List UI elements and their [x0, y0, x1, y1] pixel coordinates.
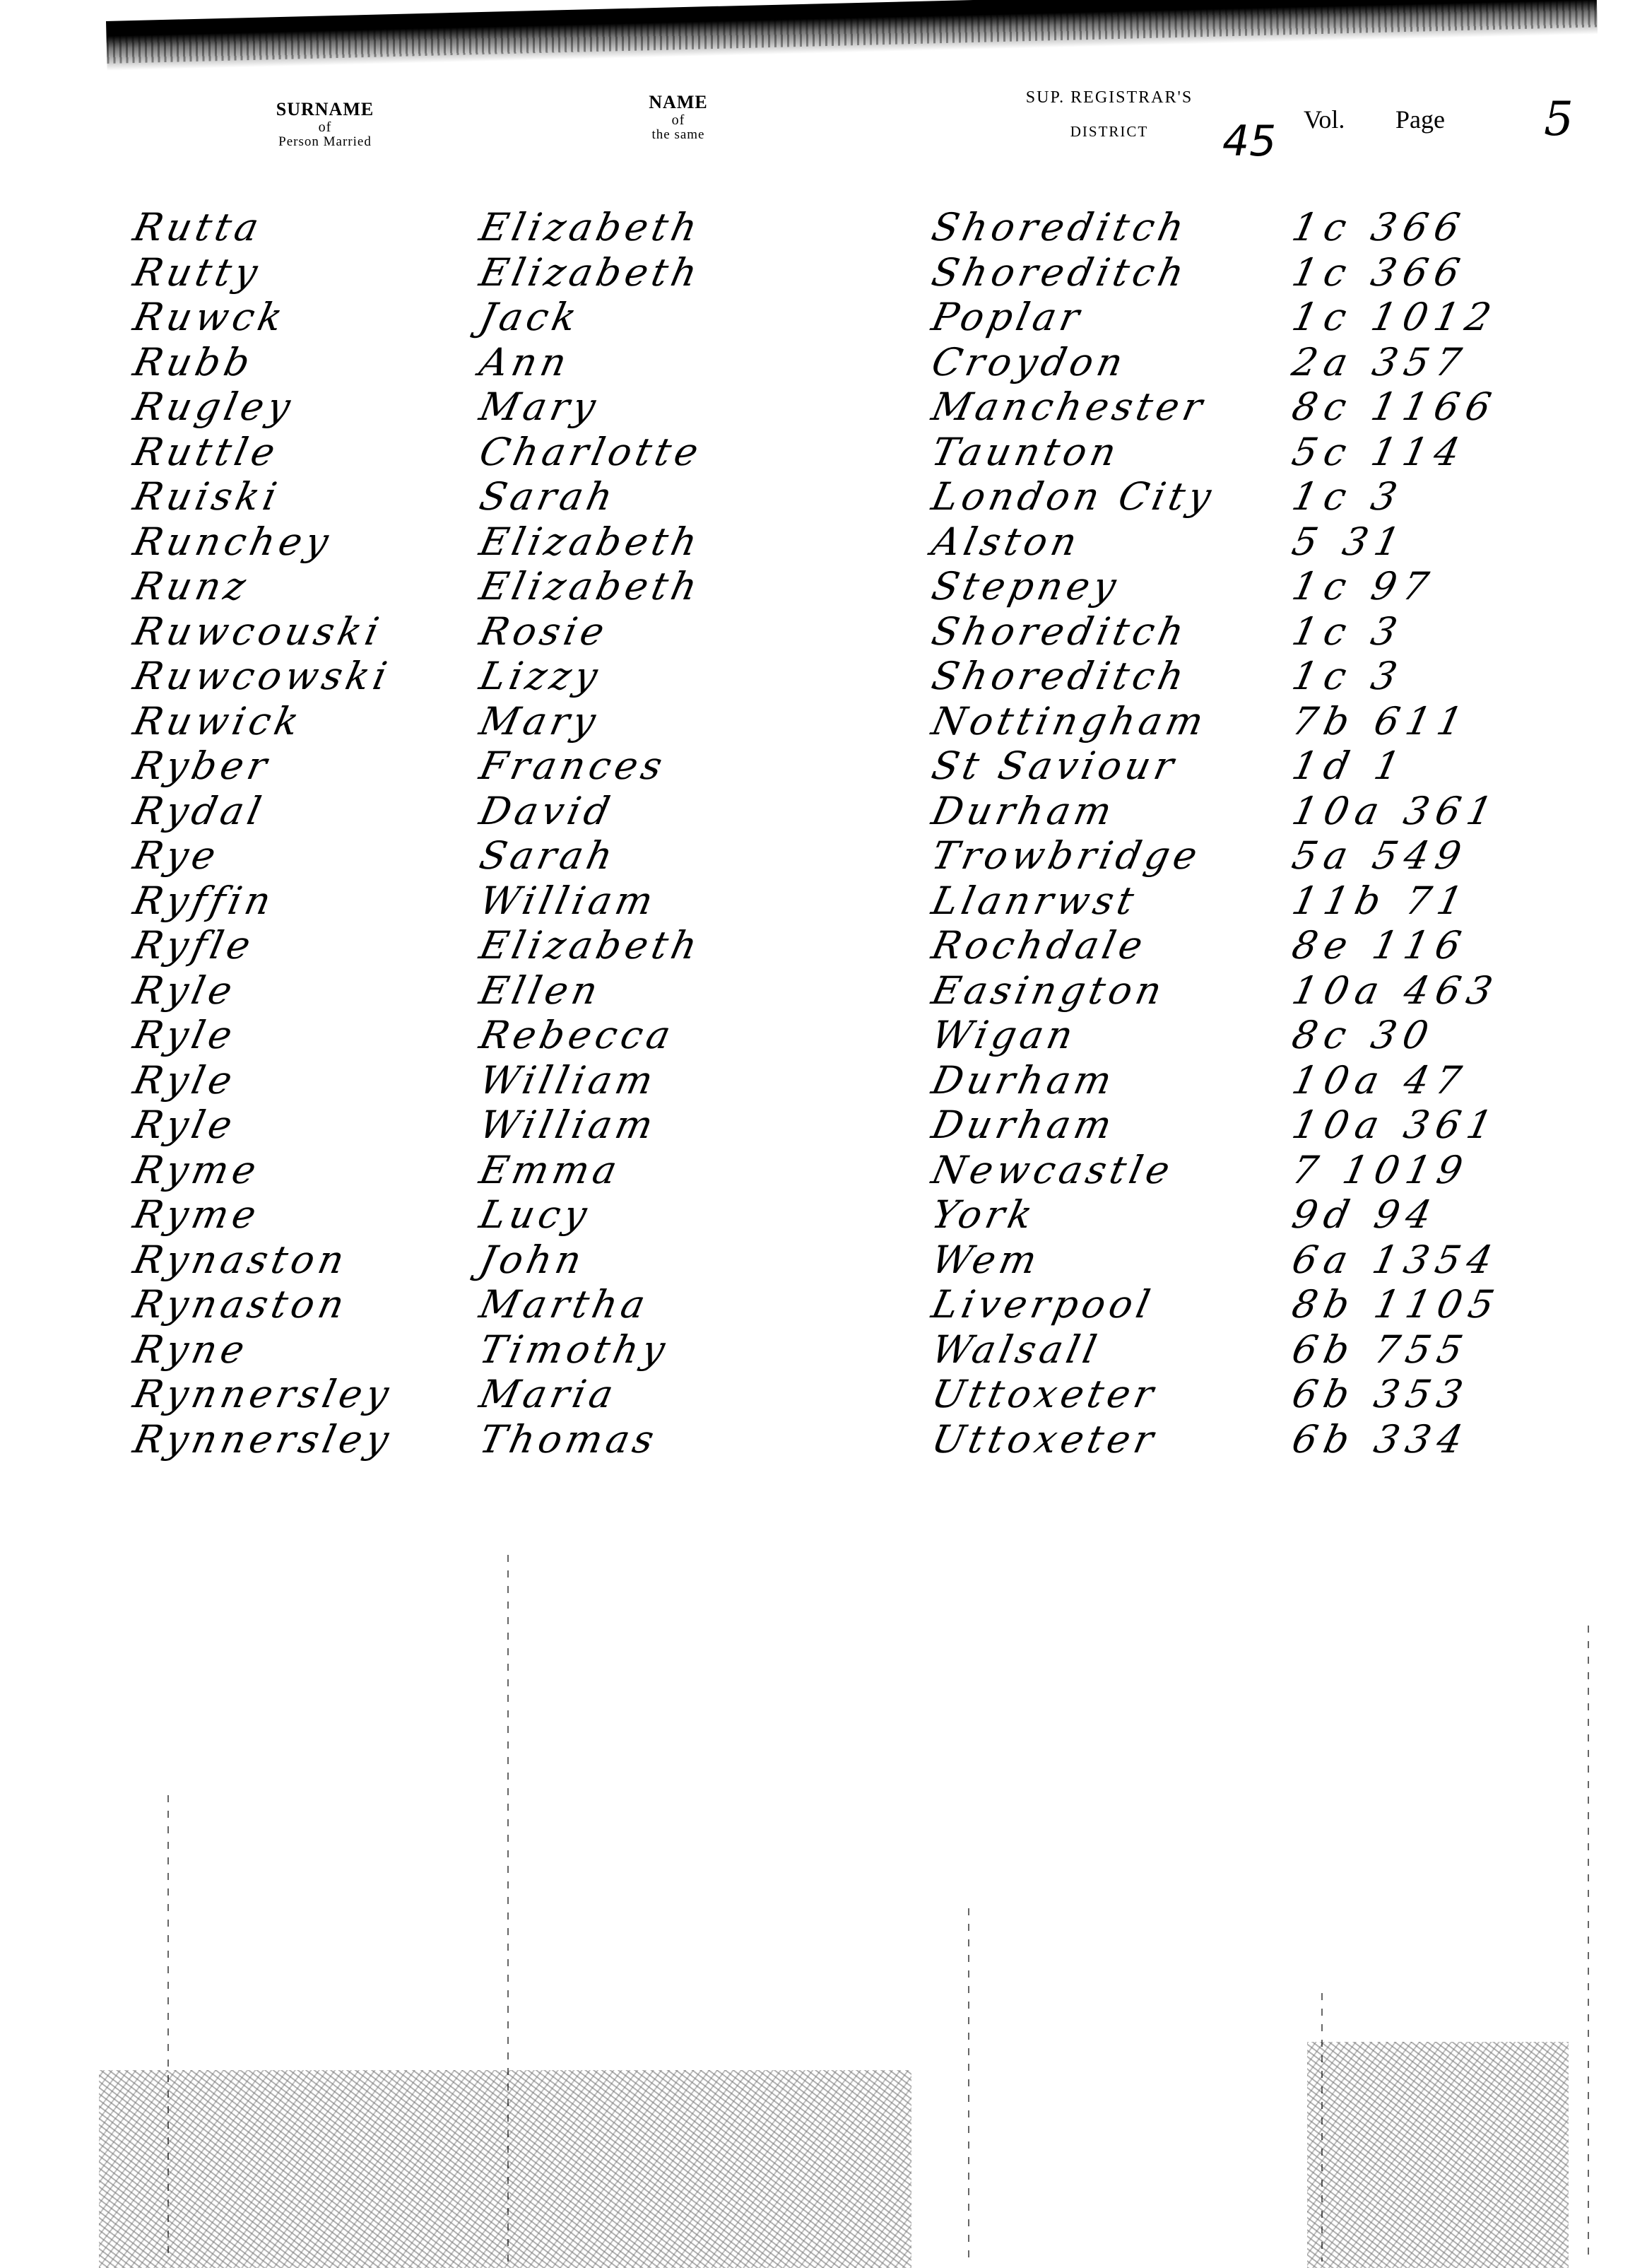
district-cell: Shoreditch: [928, 250, 1192, 295]
table-row: RynastonJohnWem6a 1354: [0, 1238, 1647, 1281]
column-rule: [1588, 1626, 1589, 2262]
surname-cell: Rutty: [129, 250, 266, 295]
register-page: SURNAME of Person Married NAME of the sa…: [0, 0, 1647, 2268]
scan-noise: [99, 2070, 911, 2268]
district-cell: Liverpool: [928, 1282, 1158, 1327]
surname-cell: Rydal: [129, 789, 269, 833]
surname-cell: Runz: [129, 564, 254, 609]
given-name-cell: Sarah: [476, 833, 620, 878]
given-name-cell: Rebecca: [476, 1013, 678, 1057]
surname-cell: Ryffin: [129, 879, 279, 923]
vol-page-cell: 8c 30: [1288, 1013, 1439, 1057]
surname-cell: Ryle: [129, 1058, 240, 1103]
vol-page-cell: 9d 94: [1288, 1192, 1442, 1237]
vol-page-cell: 1c 366: [1288, 205, 1470, 249]
given-name-cell: Elizabeth: [476, 923, 705, 968]
surname-cell: Rynaston: [129, 1238, 352, 1282]
district-cell: Shoreditch: [928, 205, 1192, 249]
surname-cell: Rubb: [129, 340, 258, 384]
given-name-cell: Jack: [476, 295, 584, 339]
surname-cell: Rynaston: [129, 1282, 352, 1327]
table-row: RyleRebeccaWigan8c 30: [0, 1013, 1647, 1057]
vol-page-cell: 1c 3: [1288, 609, 1408, 654]
vol-page-cell: 8e 116: [1288, 923, 1472, 968]
given-name-cell: Sarah: [476, 474, 620, 519]
vol-page-cell: 7b 611: [1288, 699, 1474, 744]
given-name-cell: Rosie: [476, 609, 613, 654]
given-name-cell: Ellen: [476, 968, 606, 1013]
surname-cell: Ryne: [129, 1327, 252, 1372]
given-name-cell: Elizabeth: [476, 519, 705, 564]
table-row: RuncheyElizabethAlston5 31: [0, 519, 1647, 563]
vol-page-cell: 2a 357: [1288, 340, 1472, 384]
vol-page-cell: 1c 1012: [1288, 295, 1502, 339]
given-name-cell: Elizabeth: [476, 564, 705, 609]
table-row: RyneTimothyWalsall6b 755: [0, 1327, 1647, 1371]
district-cell: Trowbridge: [928, 833, 1205, 878]
vol-page-cell: 1c 3: [1288, 654, 1408, 698]
vol-page-cell: 1d 1: [1288, 744, 1411, 788]
given-name-cell: David: [476, 789, 618, 833]
surname-cell: Rugley: [129, 384, 298, 429]
district-cell: York: [928, 1192, 1040, 1237]
surname-cell: Ryme: [129, 1192, 264, 1237]
district-cell: Wem: [928, 1238, 1045, 1282]
header-vol: Vol.: [1304, 105, 1345, 134]
header-page: Page: [1395, 105, 1445, 134]
surname-cell: Ryfle: [129, 923, 259, 968]
table-row: RynnersleyThomasUttoxeter6b 334: [0, 1417, 1647, 1461]
district-cell: Rochdale: [928, 923, 1151, 968]
district-cell: Shoreditch: [928, 609, 1192, 654]
surname-cell: Ruwcowski: [129, 654, 395, 698]
surname-cell: Rye: [129, 833, 224, 878]
district-cell: Alston: [928, 519, 1085, 564]
vol-page-cell: 8b 1105: [1288, 1282, 1505, 1327]
surname-cell: Ryme: [129, 1148, 264, 1192]
surname-cell: Rutta: [129, 205, 266, 249]
table-row: RynastonMarthaLiverpool8b 1105: [0, 1282, 1647, 1326]
given-name-cell: William: [476, 1103, 661, 1147]
header-district: SUP. REGISTRAR'S DISTRICT: [989, 88, 1229, 141]
given-name-cell: Charlotte: [476, 430, 707, 474]
surname-cell: Ryber: [129, 744, 275, 788]
district-cell: Shoreditch: [928, 654, 1192, 698]
district-cell: Uttoxeter: [928, 1372, 1162, 1416]
district-cell: Poplar: [928, 295, 1087, 339]
vol-page-cell: 10a 361: [1288, 1103, 1504, 1147]
surname-cell: Ryle: [129, 968, 240, 1013]
table-row: RyleWilliamDurham10a 47: [0, 1058, 1647, 1102]
table-row: RuttyElizabethShoreditch1c 366: [0, 250, 1647, 294]
header-name: NAME of the same: [594, 92, 763, 143]
surname-cell: Ruttle: [129, 430, 283, 474]
table-row: RyeSarahTrowbridge5a 549: [0, 833, 1647, 877]
column-rule: [968, 1908, 969, 2262]
vol-page-cell: 10a 463: [1288, 968, 1504, 1013]
vol-page-cell: 1c 3: [1288, 474, 1408, 519]
table-row: RuttleCharlotteTaunton5c 114: [0, 430, 1647, 474]
table-row: RuttaElizabethShoreditch1c 366: [0, 205, 1647, 249]
vol-page-cell: 10a 361: [1288, 789, 1504, 833]
table-row: RynnersleyMariaUttoxeter6b 353: [0, 1372, 1647, 1416]
table-row: RunzElizabethStepney1c 97: [0, 564, 1647, 608]
table-row: RuwcowskiLizzyShoreditch1c 3: [0, 654, 1647, 698]
given-name-cell: Ann: [476, 340, 574, 384]
surname-cell: Ryle: [129, 1013, 240, 1057]
table-row: RyffinWilliamLlanrwst11b 71: [0, 879, 1647, 922]
given-name-cell: Timothy: [476, 1327, 673, 1372]
given-name-cell: Thomas: [476, 1417, 662, 1462]
district-cell: Uttoxeter: [928, 1417, 1162, 1462]
header-surname-of: of: [212, 120, 438, 134]
district-cell: Nottingham: [928, 699, 1211, 744]
given-name-cell: Emma: [476, 1148, 625, 1192]
given-name-cell: William: [476, 879, 661, 923]
surname-cell: Ruwcouski: [129, 609, 386, 654]
district-cell: Walsall: [928, 1327, 1104, 1372]
district-cell: Stepney: [928, 564, 1124, 609]
header-district-title: SUP. REGISTRAR'S: [989, 88, 1229, 107]
district-cell: Llanrwst: [928, 879, 1142, 923]
given-name-cell: Lizzy: [476, 654, 606, 698]
vol-page-cell: 1c 366: [1288, 250, 1470, 295]
table-row: RubbAnnCroydon2a 357: [0, 340, 1647, 384]
table-row: RyfleElizabethRochdale8e 116: [0, 923, 1647, 967]
vol-page-cell: 5 31: [1288, 519, 1411, 564]
district-cell: Durham: [928, 789, 1119, 833]
table-row: RyberFrancesSt Saviour1d 1: [0, 744, 1647, 787]
given-name-cell: Elizabeth: [476, 250, 705, 295]
header-surname: SURNAME of Person Married: [212, 99, 438, 150]
surname-cell: Rynnersley: [129, 1372, 396, 1416]
table-row: RuwcouskiRosieShoreditch1c 3: [0, 609, 1647, 653]
table-row: RymeEmmaNewcastle7 1019: [0, 1148, 1647, 1192]
given-name-cell: Elizabeth: [476, 205, 705, 249]
surname-cell: Ruwck: [129, 295, 290, 339]
table-row: RuwickMaryNottingham7b 611: [0, 699, 1647, 743]
given-name-cell: Mary: [476, 384, 603, 429]
district-cell: Taunton: [928, 430, 1124, 474]
given-name-cell: William: [476, 1058, 661, 1103]
table-row: RyleWilliamDurham10a 361: [0, 1103, 1647, 1146]
given-name-cell: Lucy: [476, 1192, 595, 1237]
table-row: RugleyMaryManchester8c 1166: [0, 384, 1647, 428]
district-cell: Manchester: [928, 384, 1210, 429]
given-name-cell: Martha: [476, 1282, 653, 1327]
district-cell: Easington: [928, 968, 1169, 1013]
district-cell: London City: [928, 474, 1219, 519]
district-cell: Wigan: [928, 1013, 1081, 1057]
given-name-cell: Maria: [476, 1372, 621, 1416]
vol-page-cell: 5a 549: [1288, 833, 1472, 878]
vol-page-cell: 6a 1354: [1288, 1238, 1504, 1282]
vol-page-cell: 6b 353: [1288, 1372, 1474, 1416]
district-cell: St Saviour: [928, 744, 1181, 788]
vol-page-cell: 6b 755: [1288, 1327, 1474, 1372]
header-surname-title: SURNAME: [212, 99, 438, 120]
vol-page-cell: 6b 334: [1288, 1417, 1474, 1462]
vol-page-cell: 8c 1166: [1288, 384, 1502, 429]
vol-page-cell: 5c 114: [1288, 430, 1470, 474]
district-cell: Newcastle: [928, 1148, 1178, 1192]
given-name-cell: John: [476, 1238, 589, 1282]
surname-cell: Runchey: [129, 519, 336, 564]
vol-page-cell: 10a 47: [1288, 1058, 1472, 1103]
surname-cell: Ruwick: [129, 699, 307, 744]
given-name-cell: Mary: [476, 699, 603, 744]
header-name-sub: the same: [594, 127, 763, 143]
surname-cell: Rynnersley: [129, 1417, 396, 1462]
given-name-cell: Frances: [476, 744, 671, 788]
surname-cell: Ryle: [129, 1103, 240, 1147]
scan-noise: [1307, 2042, 1569, 2268]
header-name-title: NAME: [594, 92, 763, 113]
vol-page-cell: 11b 71: [1288, 879, 1474, 923]
scanned-page-edge: [106, 0, 1598, 71]
district-cell: Durham: [928, 1058, 1119, 1103]
surname-cell: Ruiski: [129, 474, 285, 519]
district-cell: Durham: [928, 1103, 1119, 1147]
header-name-of: of: [594, 113, 763, 127]
header-surname-sub: Person Married: [212, 134, 438, 150]
handwritten-volume-number: 45: [1222, 117, 1276, 166]
table-row: RuiskiSarahLondon City1c 3: [0, 474, 1647, 518]
vol-page-cell: 7 1019: [1288, 1148, 1473, 1192]
table-row: RydalDavidDurham10a 361: [0, 789, 1647, 833]
table-row: RyleEllenEasington10a 463: [0, 968, 1647, 1012]
header-district-sub: DISTRICT: [989, 123, 1229, 141]
district-cell: Croydon: [928, 340, 1131, 384]
vol-page-cell: 1c 97: [1288, 564, 1439, 609]
table-row: RymeLucyYork9d 94: [0, 1192, 1647, 1236]
table-row: RuwckJackPoplar1c 1012: [0, 295, 1647, 339]
page-number: 5: [1544, 92, 1574, 146]
